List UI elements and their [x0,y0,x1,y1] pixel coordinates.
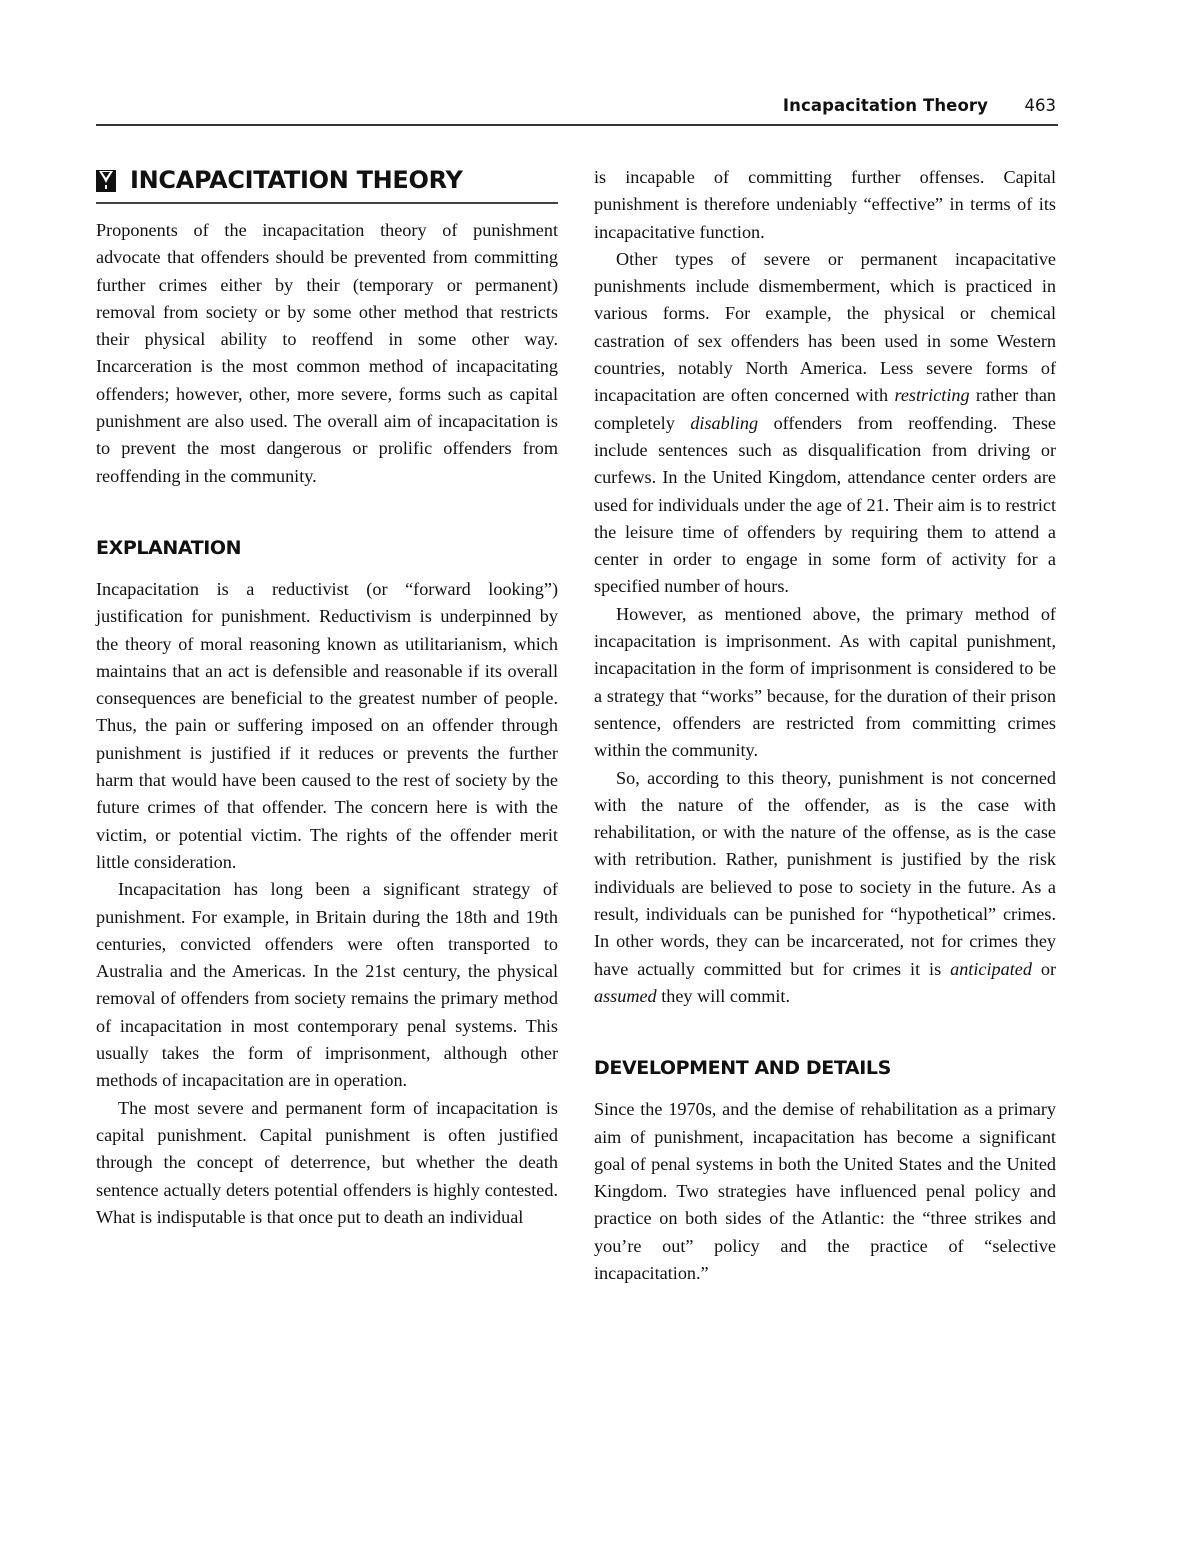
explanation-paragraph-1: Incapacitation is a reductivist (or “for… [96,576,558,876]
emphasis-anticipated: anticipated [950,959,1032,979]
explanation-heading: EXPLANATION [96,535,558,562]
explanation-paragraph-2: Incapacitation has long been a significa… [96,876,558,1094]
text-run: offenders from reoffending. These includ… [594,413,1056,597]
text-run: or [1032,959,1056,979]
development-heading: DEVELOPMENT AND DETAILS [594,1055,1056,1082]
page-number: 463 [1025,96,1057,115]
theory-summary-paragraph: So, according to this theory, punishment… [594,765,1056,1011]
left-column: INCAPACITATION THEORY Proponents of the … [96,162,558,1231]
section-marker-icon [96,170,116,192]
other-types-paragraph: Other types of severe or permanent incap… [594,246,1056,601]
running-head-title: Incapacitation Theory [783,96,988,115]
imprisonment-paragraph: However, as mentioned above, the primary… [594,601,1056,765]
explanation-paragraph-3: The most severe and permanent form of in… [96,1095,558,1231]
section-title: INCAPACITATION THEORY [96,162,558,204]
text-run: Other types of severe or permanent incap… [594,249,1056,405]
text-run: they will commit. [657,986,790,1006]
emphasis-assumed: assumed [594,986,657,1006]
text-run: So, according to this theory, punishment… [594,768,1056,979]
emphasis-disabling: disabling [690,413,758,433]
running-head: Incapacitation Theory 463 [96,94,1058,126]
section-title-text: INCAPACITATION THEORY [130,167,463,194]
intro-paragraph: Proponents of the incapacitation theory … [96,217,558,490]
development-paragraph-1: Since the 1970s, and the demise of rehab… [594,1096,1056,1287]
emphasis-restricting: restricting [894,385,969,405]
continued-paragraph: is incapable of committing further offen… [594,164,1056,246]
right-column: is incapable of committing further offen… [594,164,1056,1287]
